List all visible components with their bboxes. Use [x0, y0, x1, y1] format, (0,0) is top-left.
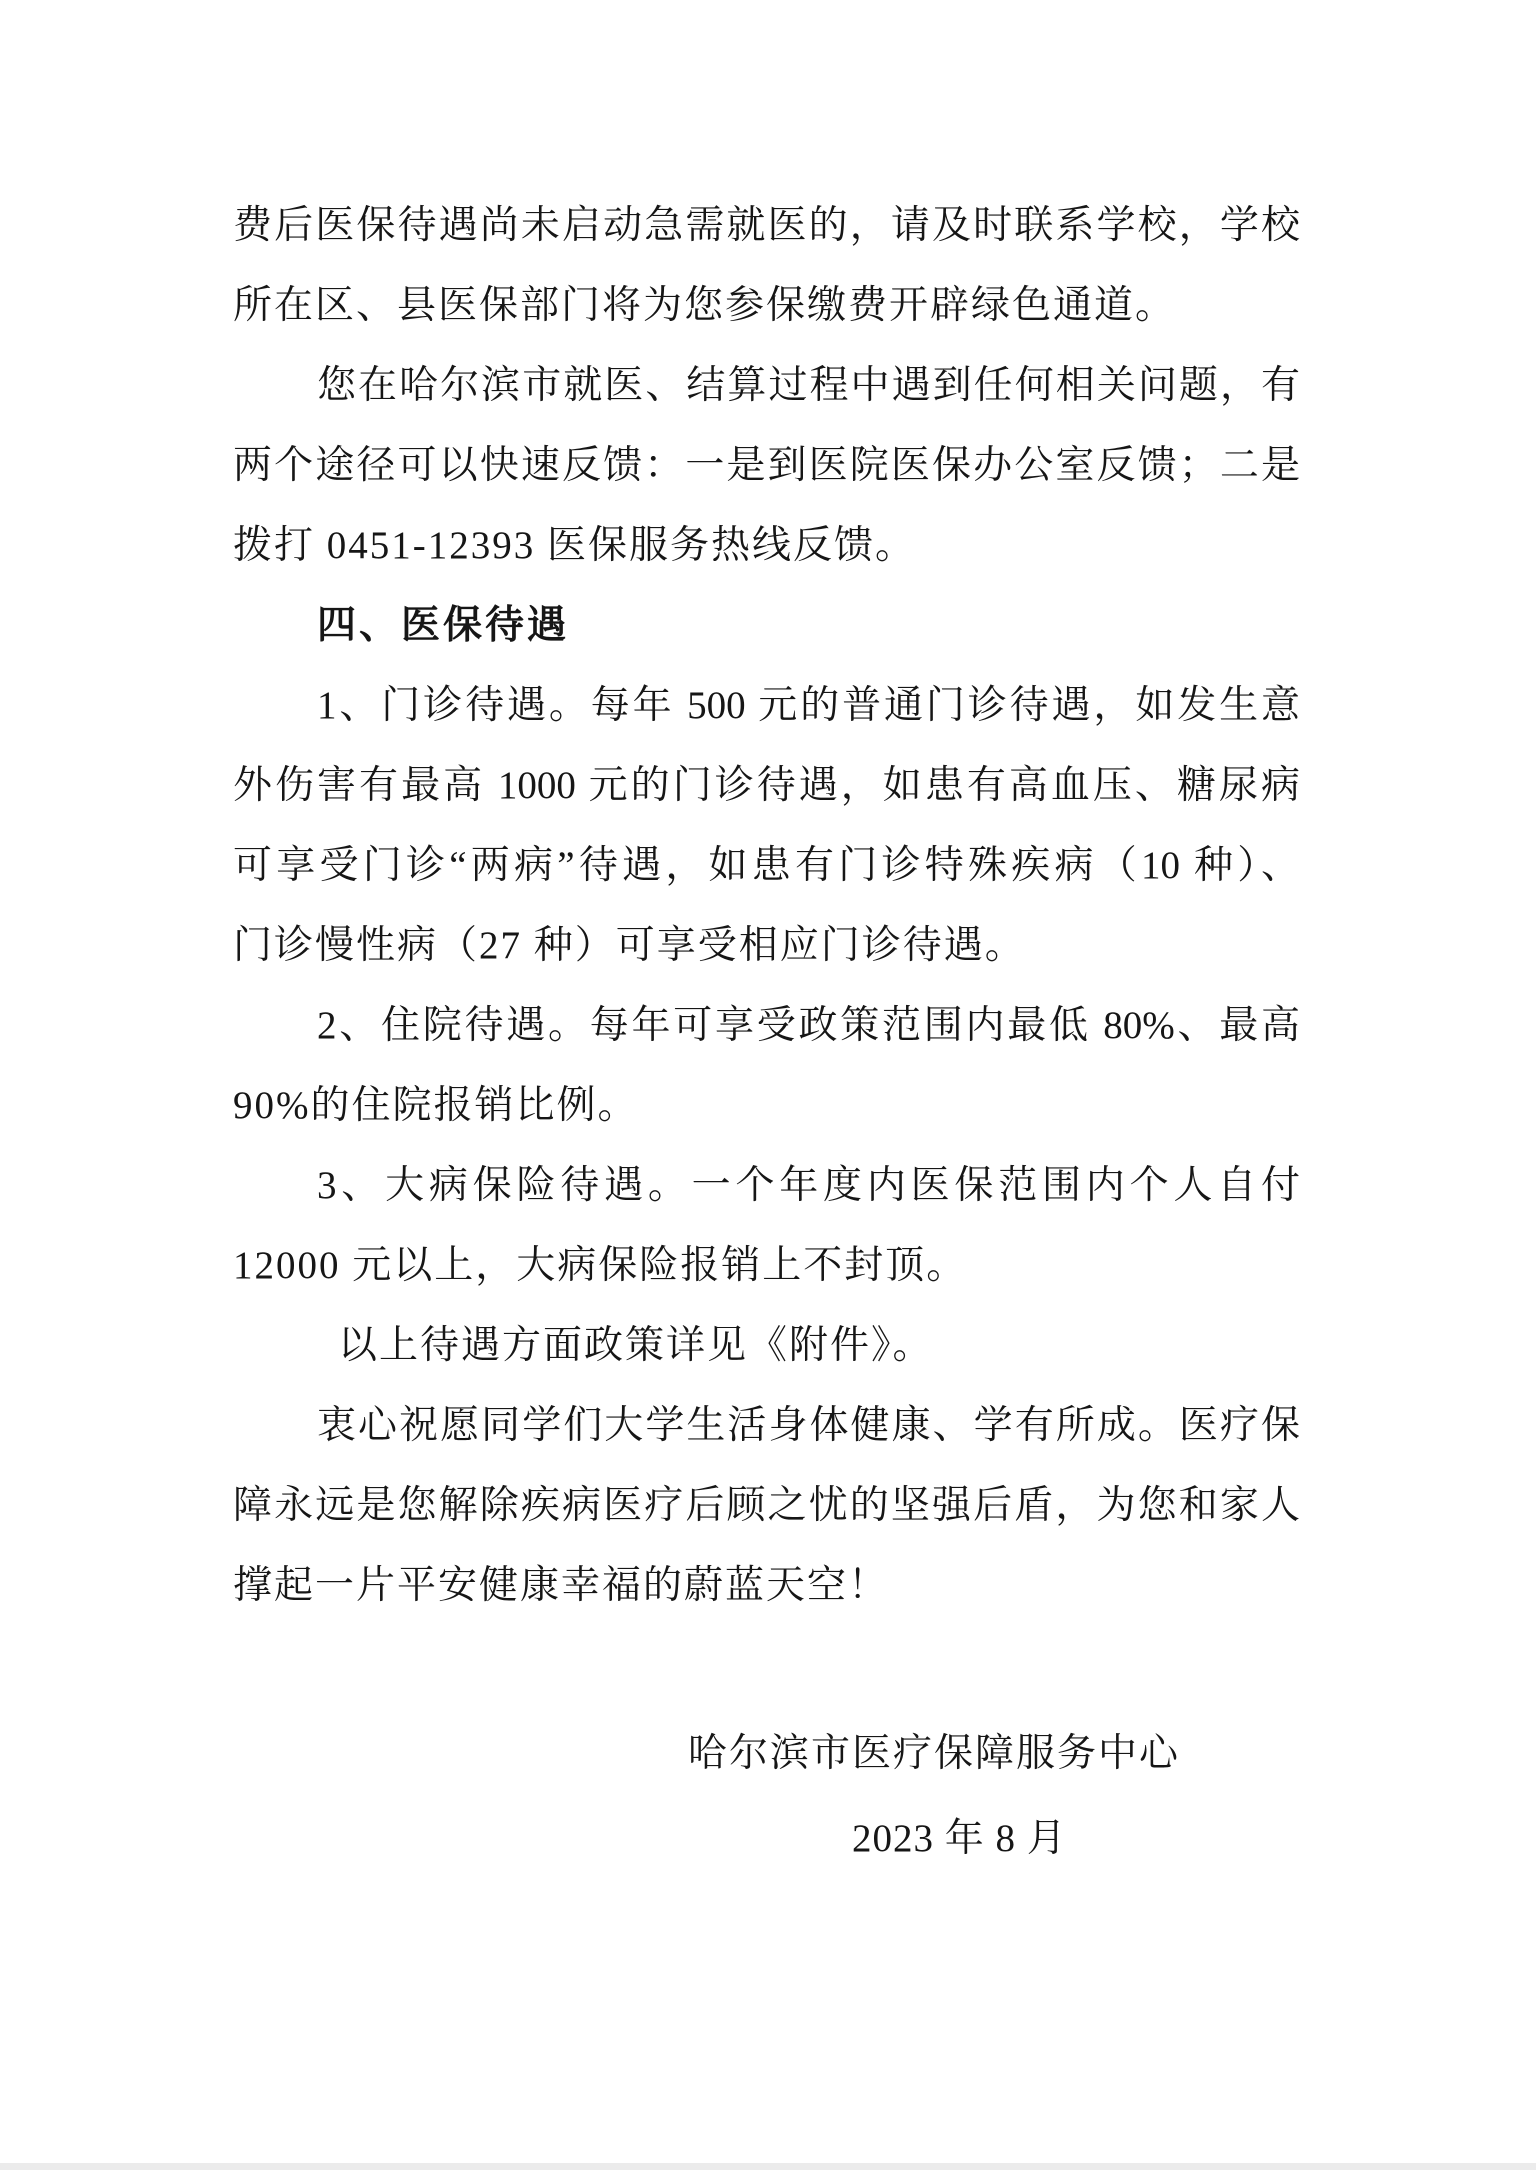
text-line: 以上待遇方面政策详见《附件》。: [233, 1306, 1300, 1386]
text-line: 12000 元以上，大病保险报销上不封顶。: [233, 1226, 1300, 1306]
text-line: 3、大病保险待遇。一个年度内医保范围内个人自付: [233, 1146, 1300, 1226]
document-body: 费后医保待遇尚未启动急需就医的，请及时联系学校，学校 所在区、县医保部门将为您参…: [233, 186, 1300, 1626]
text-line: 您在哈尔滨市就医、结算过程中遇到任何相关问题，有: [233, 346, 1300, 426]
text-line: 费后医保待遇尚未启动急需就医的，请及时联系学校，学校: [233, 186, 1300, 266]
text-line: 两个途径可以快速反馈：一是到医院医保办公室反馈；二是: [233, 426, 1300, 506]
section-heading: 四、医保待遇: [233, 586, 1300, 666]
text-line: 所在区、县医保部门将为您参保缴费开辟绿色通道。: [233, 266, 1300, 346]
text-line: 障永远是您解除疾病医疗后顾之忧的坚强后盾，为您和家人: [233, 1466, 1300, 1546]
text-line: 门诊慢性病（27 种）可享受相应门诊待遇。: [233, 906, 1300, 986]
text-line: 外伤害有最高 1000 元的门诊待遇，如患有高血压、糖尿病: [233, 746, 1300, 826]
text-line: 拨打 0451-12393 医保服务热线反馈。: [233, 506, 1300, 586]
text-line: 衷心祝愿同学们大学生活身体健康、学有所成。医疗保: [233, 1386, 1300, 1466]
text-line: 90%的住院报销比例。: [233, 1066, 1300, 1146]
document-page: 费后医保待遇尚未启动急需就医的，请及时联系学校，学校 所在区、县医保部门将为您参…: [0, 0, 1536, 2170]
text-line: 撑起一片平安健康幸福的蔚蓝天空！: [233, 1546, 1300, 1626]
text-line: 可享受门诊“两病”待遇，如患有门诊特殊疾病（10 种）、: [233, 826, 1300, 906]
signature-org: 哈尔滨市医疗保障服务中心: [688, 1714, 1180, 1794]
page-bottom-edge: [0, 2163, 1536, 2170]
text-line: 2、住院待遇。每年可享受政策范围内最低 80%、最高: [233, 986, 1300, 1066]
text-line: 1、门诊待遇。每年 500 元的普通门诊待遇，如发生意: [233, 666, 1300, 746]
signature-date: 2023 年 8 月: [852, 1799, 1067, 1879]
